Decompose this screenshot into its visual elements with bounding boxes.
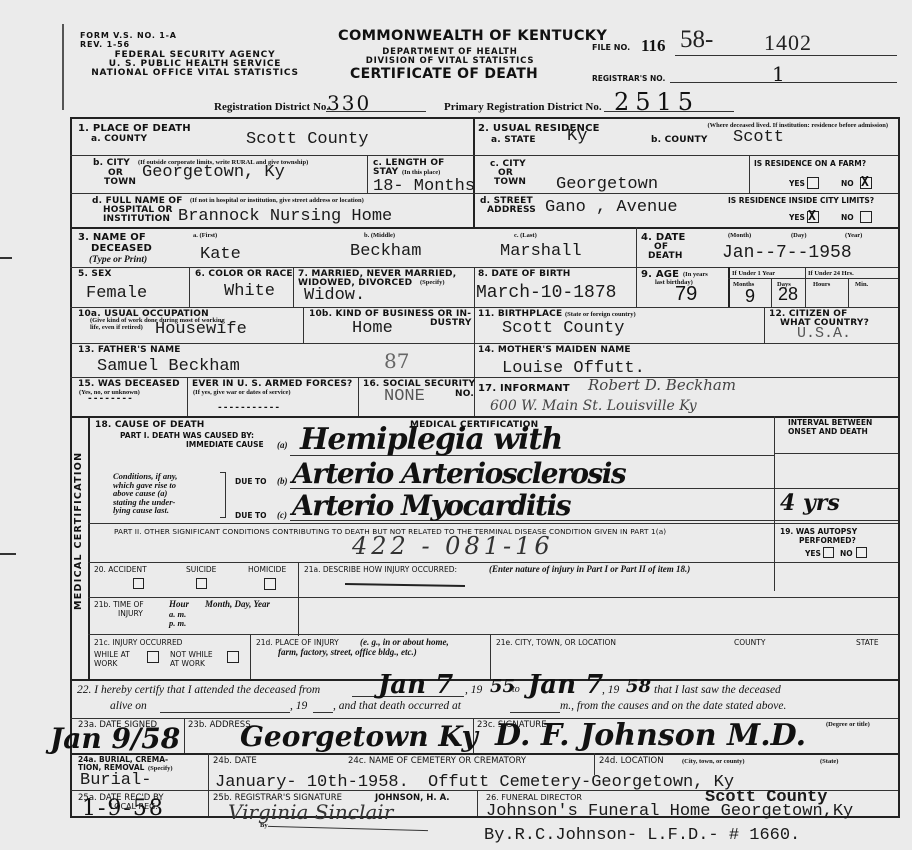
injury-how-dash	[345, 583, 465, 587]
informant-name-field[interactable]: Robert D. Beckham	[588, 376, 736, 394]
rule	[208, 753, 209, 817]
dob-label: 8. DATE OF BIRTH	[478, 270, 571, 279]
cemetery-label: 24c. NAME OF CEMETERY OR CREMATORY	[348, 757, 526, 765]
residence-city-town: TOWN	[494, 178, 526, 187]
while-at-work-label-2: WORK	[94, 660, 117, 668]
rule	[749, 155, 750, 193]
birthplace-label: 11. BIRTHPLACE	[478, 310, 562, 319]
occupation-field[interactable]: Housewife	[155, 321, 247, 339]
armed-value-2[interactable]: -----------	[218, 404, 281, 413]
autopsy-yes-checkbox[interactable]	[823, 547, 834, 558]
farm-question: IS RESIDENCE ON A FARM?	[754, 160, 866, 168]
city-label-town: TOWN	[104, 178, 136, 187]
place-injury-label: 21d. PLACE OF INJURY	[256, 639, 339, 647]
dod-label-1: 4. DATE	[641, 233, 686, 242]
registrars-no-value: 1	[772, 62, 785, 86]
sex-label: 5. SEX	[78, 270, 112, 279]
length-of-stay-field[interactable]: 18- Months	[373, 178, 475, 196]
rule	[70, 117, 72, 817]
rule	[474, 267, 475, 307]
dod-year-label: (Year)	[845, 232, 862, 239]
stay-note: (In this place)	[402, 169, 440, 176]
due-to-c-label: DUE TO	[235, 512, 267, 520]
autopsy-no-checkbox[interactable]	[856, 547, 867, 558]
middle-name-label: b. (Middle)	[364, 232, 395, 239]
rule	[88, 562, 898, 563]
rule	[70, 227, 900, 229]
rule	[898, 117, 900, 817]
rule	[771, 278, 772, 307]
autopsy-no-label: NO	[840, 550, 853, 558]
interval-label-2: ONSET AND DEATH	[788, 428, 868, 436]
business-label-2: DUSTRY	[430, 319, 472, 328]
line-b-label: (b)	[277, 476, 288, 486]
file-no-year: 58-	[680, 26, 713, 54]
file-no-number: 1402	[764, 30, 812, 56]
line-a-label: (a)	[277, 440, 288, 450]
interval-c-field[interactable]: 4 yrs	[780, 490, 840, 516]
residence-state-label: a. STATE	[491, 136, 536, 145]
alive-year-line	[313, 712, 333, 713]
date-signed-field[interactable]: Jan 9/58	[50, 722, 180, 755]
middle-name-field[interactable]: Beckham	[350, 243, 421, 261]
birthplace-field[interactable]: Scott County	[502, 320, 624, 338]
form-revision: REV. 1-56	[80, 41, 130, 49]
hospital-label-3: INSTITUTION	[103, 215, 170, 224]
rule	[636, 227, 637, 267]
rule	[70, 377, 898, 378]
file-no-prefix: 116	[641, 36, 666, 56]
last-name-field[interactable]: Marshall	[500, 243, 582, 261]
cert-line2-d: m., from the causes and on the date stat…	[560, 700, 786, 712]
time-injury-date: Month, Day, Year	[205, 599, 270, 609]
rule	[636, 267, 637, 307]
state-title: COMMONWEALTH OF KENTUCKY	[338, 28, 607, 44]
rule	[88, 597, 298, 598]
dod-month-label: (Month)	[728, 232, 751, 239]
rule	[250, 634, 251, 680]
funeral-director-by-field[interactable]: By.R.C.Johnson- L.F.D.- # 1660.	[484, 827, 800, 845]
father-label: 13. FATHER'S NAME	[78, 346, 181, 355]
cert-line1-b: , 19	[465, 684, 482, 696]
rule	[88, 416, 90, 680]
name-label-1: 3. NAME OF	[78, 233, 146, 242]
name-label-2: DECEASED	[91, 244, 152, 253]
registrar-signature-field[interactable]: Virginia Sinclair	[228, 800, 393, 824]
injury-state-label: STATE	[856, 639, 879, 647]
injury-how-note: (Enter nature of injury in Part I or Par…	[489, 564, 690, 574]
primary-district-value: 2515	[614, 88, 699, 116]
cert-line1-e: that I last saw the deceased	[654, 684, 781, 696]
informant-address-field[interactable]: 600 W. Main St. Louisville Ky	[490, 398, 697, 414]
armed-note-2: (If yes, give war or dates of service)	[193, 389, 291, 396]
rule	[303, 307, 304, 343]
rule	[70, 753, 900, 755]
rule	[367, 155, 368, 193]
cause-a-field[interactable]: Hemiplegia with	[300, 422, 562, 457]
race-field[interactable]: White	[224, 283, 275, 301]
rule	[764, 307, 765, 343]
father-annotation: 87	[384, 349, 409, 373]
age-field[interactable]: 79	[675, 283, 697, 306]
county-label: a. COUNTY	[91, 135, 147, 144]
rule	[490, 634, 491, 680]
primary-district-label: Primary Registration District No.	[444, 101, 602, 113]
rule	[728, 278, 898, 279]
rule	[70, 117, 900, 119]
cert-line1-a: 22. I hereby certify that I attended the…	[77, 684, 320, 696]
suicide-label: SUICIDE	[186, 566, 216, 574]
rule	[187, 377, 188, 417]
death-time-line	[510, 712, 560, 713]
residence-state-field[interactable]: Ky	[567, 128, 587, 146]
location-state-label: (State)	[820, 758, 838, 765]
agency-line-3: NATIONAL OFFICE VITAL STATISTICS	[80, 68, 310, 78]
citizenship-field[interactable]: U.S.A.	[797, 326, 851, 342]
attended-to-field[interactable]: Jan 7	[528, 670, 603, 700]
city-limits-no-checkbox[interactable]	[860, 211, 872, 223]
rule	[70, 679, 900, 681]
informant-label: 17. INFORMANT	[478, 384, 570, 393]
injury-how-label: 21a. DESCRIBE HOW INJURY OCCURRED:	[304, 566, 457, 574]
residence-city-field[interactable]: Georgetown	[556, 176, 658, 194]
address-field[interactable]: Georgetown Ky	[240, 720, 478, 753]
location-note: (City, town, or county)	[682, 758, 745, 765]
business-field[interactable]: Home	[352, 320, 393, 338]
sex-field[interactable]: Female	[86, 285, 147, 303]
marital-note: (Specify)	[420, 279, 445, 286]
rule	[88, 523, 898, 524]
place-injury-note-2: farm, factory, street, office bldg., etc…	[278, 647, 417, 657]
time-injury-pm: p. m.	[169, 618, 186, 628]
rule	[728, 267, 730, 307]
farm-yes-checkbox[interactable]	[807, 177, 819, 189]
farm-no-checkbox[interactable]	[860, 177, 872, 189]
cause-of-death-label: 18. CAUSE OF DEATH	[95, 421, 205, 430]
burial-field[interactable]: Burial-	[80, 772, 151, 790]
location-label: 24d. LOCATION	[599, 757, 664, 765]
age-months-field[interactable]: 9	[745, 286, 755, 307]
due-to-b-label: DUE TO	[235, 478, 267, 486]
residence-county-label: b. COUNTY	[651, 136, 708, 145]
age-days-field[interactable]: 28	[778, 284, 798, 305]
registrar-by-line	[268, 826, 428, 831]
to-year-field[interactable]: 58	[626, 676, 651, 697]
cemetery-field[interactable]: Offutt Cemetery-Georgetown, Ky	[428, 774, 734, 792]
under-1yr-label: If Under 1 Year	[732, 270, 775, 277]
age-note-1: (In years	[683, 271, 708, 278]
injury-county-label: COUNTY	[734, 639, 765, 647]
dod-label-3: DEATH	[648, 252, 683, 261]
armed-label-2: EVER IN U. S. ARMED FORCES?	[192, 380, 352, 389]
rule	[805, 267, 806, 307]
farm-yes-label: YES	[789, 180, 805, 188]
stay-label-2: STAY	[373, 168, 398, 177]
homicide-label: HOMICIDE	[248, 566, 286, 574]
farm-no-label: NO	[841, 180, 854, 188]
rule	[298, 562, 299, 636]
injury-occurred-label: 21c. INJURY OCCURRED	[94, 639, 182, 647]
autopsy-label-2: PERFORMED?	[799, 537, 856, 545]
social-security-field[interactable]: NONE	[384, 388, 425, 406]
mother-label: 14. MOTHER'S MAIDEN NAME	[478, 346, 631, 355]
date-of-death-field[interactable]: Jan--7--1958	[722, 244, 852, 262]
cause-c-field[interactable]: Arterio Myocarditis	[292, 489, 570, 522]
rule	[70, 416, 900, 418]
immediate-cause-label: IMMEDIATE CAUSE	[186, 441, 264, 449]
min-label: Min.	[855, 281, 868, 288]
alive-on-line	[160, 712, 290, 713]
injury-city-label: 21e. CITY, TOWN, OR LOCATION	[496, 639, 616, 647]
while-at-work-checkbox[interactable]	[147, 651, 159, 663]
burial-date-label: 24b. DATE	[213, 757, 257, 765]
rule	[774, 453, 898, 454]
file-no-label: FILE NO.	[592, 44, 630, 52]
cert-line2-c: , and that death occurred at	[333, 700, 461, 712]
rule	[848, 278, 849, 307]
city-of-death-field[interactable]: Georgetown, Ky	[142, 164, 285, 182]
rule	[594, 753, 595, 775]
registrars-no-label: REGISTRAR'S NO.	[592, 75, 665, 83]
rule	[358, 377, 359, 417]
hospital-note: (If not in hospital or institution, give…	[190, 197, 470, 204]
not-while-at-work-label-2: AT WORK	[170, 660, 205, 668]
armed-label-1: 15. WAS DECEASED	[78, 380, 180, 389]
line-c-label: (c)	[277, 510, 287, 520]
father-name-field[interactable]: Samuel Beckham	[97, 358, 240, 376]
county-of-death-field[interactable]: Scott County	[246, 131, 368, 149]
rule	[774, 416, 775, 591]
city-limits-yes-label: YES	[789, 214, 805, 222]
medical-side-label: MEDICAL CERTIFICATION	[73, 452, 84, 610]
time-injury-label-2: INJURY	[118, 610, 143, 618]
cert-line2-b: , 19	[290, 700, 307, 712]
suicide-checkbox[interactable]	[196, 578, 207, 589]
rule	[70, 307, 898, 308]
homicide-checkbox[interactable]	[264, 578, 276, 590]
place-of-death-label: 1. PLACE OF DEATH	[78, 124, 191, 133]
rule	[474, 155, 898, 156]
first-name-label: a. (First)	[193, 232, 217, 239]
last-name-label: c. (Last)	[514, 232, 537, 239]
street-address-field[interactable]: Gano , Avenue	[545, 199, 678, 217]
left-margin-line	[62, 24, 64, 110]
rule	[473, 117, 475, 227]
rule	[474, 307, 475, 343]
rule	[477, 790, 478, 817]
registration-district-value: 330	[327, 91, 371, 115]
not-while-at-work-label-1: NOT WHILE	[170, 651, 213, 659]
time-injury-label-1: 21b. TIME OF	[94, 601, 144, 609]
rule	[298, 597, 898, 598]
funeral-director-label: 26. FUNERAL DIRECTOR	[486, 794, 582, 802]
certificate-title: CERTIFICATE OF DEATH	[350, 66, 538, 82]
rule	[70, 343, 898, 344]
while-at-work-label-1: WHILE AT	[94, 651, 130, 659]
hospital-name-field[interactable]: Brannock Nursing Home	[178, 208, 392, 226]
division-title: DIVISION OF VITAL STATISTICS	[355, 56, 545, 66]
autopsy-label-1: 19. WAS AUTOPSY	[780, 528, 857, 536]
cert-line1-d: , 19	[602, 684, 619, 696]
burial-date-field[interactable]: January- 10th-1958.	[215, 774, 409, 792]
street-label-2: ADDRESS	[487, 206, 536, 215]
city-limits-no-label: NO	[841, 214, 854, 222]
part2-field[interactable]: 422 - 081-16	[352, 532, 554, 560]
rule	[184, 718, 185, 754]
conditions-bracket	[220, 472, 226, 518]
burial-note: (Specify)	[148, 765, 173, 772]
funeral-director-field[interactable]: Johnson's Funeral Home_Georgetown,Ky	[486, 803, 853, 821]
date-received-field[interactable]: 1-9-58	[82, 796, 165, 821]
age-label: 9. AGE	[641, 270, 679, 279]
accident-checkbox[interactable]	[133, 578, 144, 589]
autopsy-yes-label: YES	[805, 550, 821, 558]
form-number: FORM V.S. NO. 1-A	[80, 32, 177, 40]
degree-label: (Degree or title)	[826, 721, 870, 728]
margin-mark	[0, 553, 16, 555]
birthplace-note: (State or foreign country)	[565, 311, 636, 318]
cert-line2-a: alive on	[110, 700, 147, 712]
city-limits-question: IS RESIDENCE INSIDE CITY LIMITS?	[728, 197, 874, 205]
rule	[70, 193, 898, 194]
rule	[293, 267, 294, 307]
city-label-b: b. CITY	[93, 159, 130, 168]
date-of-birth-field[interactable]: March-10-1878	[476, 284, 616, 302]
registrar-by: By	[260, 822, 268, 829]
place-injury-note-1: (e. g., in or about home,	[360, 637, 449, 647]
first-name-field[interactable]: Kate	[200, 246, 241, 264]
physician-signature-field[interactable]: D. F. Johnson M.D.	[495, 718, 806, 753]
accident-label: 20. ACCIDENT	[94, 566, 147, 574]
hours-label: Hours	[813, 281, 830, 288]
residence-county-field[interactable]: Scott	[733, 129, 784, 147]
city-limits-yes-checkbox[interactable]	[807, 211, 819, 223]
rule	[70, 267, 898, 268]
cert-line1-c: to	[512, 684, 520, 695]
registration-district-label: Registration District No.	[214, 101, 329, 113]
conditions-note: Conditions, if any, which gave rise to a…	[113, 472, 223, 515]
rule	[189, 267, 190, 307]
time-injury-hour: Hour	[169, 599, 189, 609]
ssn-label-2: NO.	[455, 390, 474, 399]
dod-day-label: (Day)	[791, 232, 807, 239]
attended-from-field[interactable]: Jan 7	[378, 670, 453, 700]
conditions-note-line: lying cause last.	[113, 506, 223, 515]
name-label-3: (Type or Print)	[89, 255, 147, 265]
interval-label-1: INTERVAL BETWEEN	[788, 419, 872, 427]
race-label: 6. COLOR OR RACE	[195, 270, 293, 279]
marital-status-field[interactable]: Widow.	[304, 287, 365, 305]
not-while-at-work-checkbox[interactable]	[227, 651, 239, 663]
rule	[70, 155, 474, 156]
cause-b-field[interactable]: Arterio Arteriosclerosis	[292, 457, 625, 490]
under-24h-label: If Under 24 Hrs.	[808, 270, 854, 277]
margin-mark	[0, 257, 12, 259]
rule	[88, 634, 898, 635]
part1-label: PART I. DEATH WAS CAUSED BY:	[120, 432, 254, 440]
armed-value-1[interactable]: --------	[88, 395, 134, 404]
